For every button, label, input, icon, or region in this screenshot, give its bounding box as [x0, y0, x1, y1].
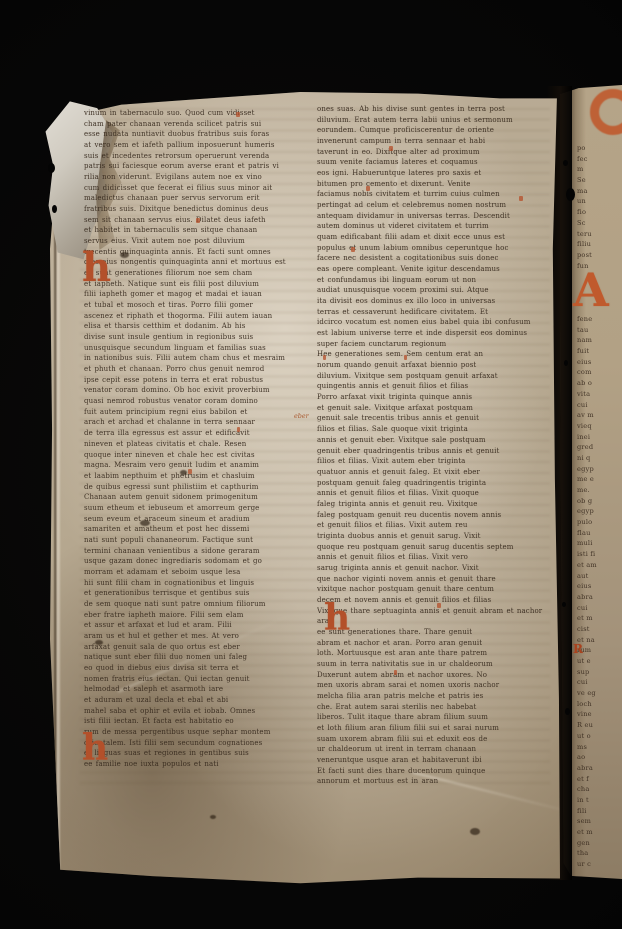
facing-folio-text-line: inei: [577, 432, 621, 443]
manuscript-text-line: eas opere compleant. Venite igitur desce…: [317, 264, 549, 275]
manuscript-text-line: super faciem cunctarum regionum: [317, 339, 549, 350]
facing-folio-text-line: cui: [577, 603, 621, 614]
manuscript-text-line: ur chaldeorum ut irent in terram chanaan: [317, 744, 549, 755]
facing-folio-text-line: ms: [577, 742, 621, 753]
manuscript-text-line: faleg postquam genuit reu ducentis novem…: [317, 510, 549, 521]
manuscript-text-line: antequam dividamur in universas terras. …: [317, 211, 549, 222]
facing-folio-text-line: ao: [577, 752, 621, 763]
facing-folio-text-line: et m: [577, 613, 621, 624]
facing-folio-text-line: m: [577, 164, 621, 175]
manuscript-text-line: diluvium. Vixitque sem postquam genuit a…: [317, 371, 549, 382]
worm-hole: [48, 163, 55, 173]
worm-hole: [564, 360, 568, 366]
facing-folio-text-line: vita: [577, 389, 621, 400]
manuscript-text-line: dies eius nongentis quinquaginta anni et…: [84, 257, 308, 268]
manuscript-text-line: quoque reu postquam genuit sarug ducenti…: [317, 542, 549, 553]
manuscript-text-line: suum in terra nativitatis sue in ur chal…: [317, 659, 549, 670]
manuscript-text-line: ee familie noe iuxta populos et nati: [84, 759, 308, 770]
manuscript-text-line: unusquisque secundum linguam et familias…: [84, 343, 308, 354]
manuscript-text-line: maledictus chanaan puer servus servorum …: [84, 193, 308, 204]
manuscript-text-line: divise sunt insule gentium in regionibus…: [84, 332, 308, 343]
manuscript-text-line: quoque inter nineven et chale hec est ci…: [84, 450, 308, 461]
manuscript-text-line: filios et filias. Vixit autem eber trigi…: [317, 456, 549, 467]
stain-fleck: [120, 252, 129, 258]
rubrication-mark: [389, 146, 393, 151]
manuscript-text-line: ones suas. Ab his divise sunt gentes in …: [317, 104, 549, 115]
manuscript-text-line: usque gazam donec ingrediaris sodomam et…: [84, 556, 308, 567]
facing-folio-text-line: eius: [577, 357, 621, 368]
manuscript-text-line: Duxerunt autem abram et nachor uxores. N…: [317, 670, 549, 681]
manuscript-text-line: et genuit filios et filias. Vixit autem …: [317, 520, 549, 531]
manuscript-text-line: de quibus egressi sunt philistiim et cap…: [84, 482, 308, 493]
manuscript-text-line: aram us et hul et gether et mes. At vero: [84, 631, 308, 642]
manuscript-text-line: veneruntque usque aran et habitaverunt i…: [317, 755, 549, 766]
facing-folio-text-line: fio: [577, 207, 621, 218]
rubricated-initial: A: [573, 272, 609, 309]
manuscript-text-line: arach et archad et chalanne in terra sen…: [84, 417, 308, 428]
facing-folio-text-line: tha: [577, 848, 621, 859]
facing-folio-text-line: ma: [577, 186, 621, 197]
manuscript-text-line: invenerunt campum in terra sennaar et ha…: [317, 136, 549, 147]
manuscript-text-line: quasi nemrod robustus venator coram domi…: [84, 396, 308, 407]
facing-folio-text-line: filiu: [577, 239, 621, 250]
manuscript-text-line: fratribus suis. Dixitque benedictus domi…: [84, 204, 308, 215]
facing-folio-text-line: cui: [577, 400, 621, 411]
manuscript-text-line: eo quod in diebus eius divisa sit terra …: [84, 663, 308, 674]
facing-folio-text-line: ve eg: [577, 688, 621, 699]
facing-folio-text-line: R eu: [577, 720, 621, 731]
manuscript-text-line: ipse cepit esse potens in terra et erat …: [84, 375, 308, 386]
rubrication-mark: [519, 196, 523, 201]
manuscript-text-line: et assur et arfaxat et lud et aram. Fili…: [84, 620, 308, 631]
manuscript-text-line: nati sunt populi chananeorum. Factique s…: [84, 535, 308, 546]
facing-folio-text-line: ut e: [577, 656, 621, 667]
manuscript-text-line: Et facti sunt dies thare ducentorum quin…: [317, 766, 549, 777]
facing-folio-text-line: vieq: [577, 421, 621, 432]
facing-folio-text-line: gred: [577, 442, 621, 453]
manuscript-text-line: faleg triginta annis et genuit reu. Vixi…: [317, 499, 549, 510]
manuscript-text-line: suis et incedentes retrorsum operuerunt …: [84, 151, 308, 162]
facing-folio-text-line: fuit: [577, 346, 621, 357]
manuscript-text-line: Chanaan autem genuit sidonem primogenitu…: [84, 492, 308, 503]
rubrication-mark: [394, 670, 397, 675]
manuscript-text-line: helmodad et saleph et asarmoth iare: [84, 684, 308, 695]
manuscript-text-line: et laabim nepthuim et phetrusim et chasl…: [84, 471, 308, 482]
manuscript-text-line: terras et cessaverunt hedificare civitat…: [317, 307, 549, 318]
facing-folio-text-line: ut o: [577, 731, 621, 742]
worm-hole: [566, 188, 575, 201]
facing-folio-text-line: egyp: [577, 464, 621, 475]
manuscript-text-line: vixitque nachor postquam genuit thare ce…: [317, 584, 549, 595]
facing-folio-text-line: vine: [577, 709, 621, 720]
manuscript-text-line: genuit eber quadringentis tribus annis e…: [317, 446, 549, 457]
manuscript-text-line: fuit autem principium regni eius babilon…: [84, 407, 308, 418]
facing-folio-text-line: me.: [577, 485, 621, 496]
manuscript-text-line: melcha filia aran patris melche et patri…: [317, 691, 549, 702]
rubricated-initial: h: [82, 252, 111, 284]
manuscript-text-line: liberos. Tulit itaque thare abram filium…: [317, 712, 549, 723]
facing-folio-text-line: pulo: [577, 517, 621, 528]
manuscript-text-line: eos igni. Habueruntque lateres pro saxis…: [317, 168, 549, 179]
manuscript-text-line: de terra illa egressus est assur et edif…: [84, 428, 308, 439]
manuscript-text-line: cum didicisset que fecerat ei filius suu…: [84, 183, 308, 194]
manuscript-text-line: vinum in tabernaculo suo. Quod cum vidis…: [84, 108, 308, 119]
manuscript-text-line: Porro arfaxat vixit triginta quinque ann…: [317, 392, 549, 403]
facing-folio-text-line: et am: [577, 560, 621, 571]
worm-hole: [52, 205, 57, 213]
facing-folio-text-line: aut: [577, 571, 621, 582]
facing-folio-text-line: cui: [577, 677, 621, 688]
facing-folio-text-line: flau: [577, 528, 621, 539]
manuscript-text-line: annis et genuit eber. Vixitque sale post…: [317, 435, 549, 446]
manuscript-text-line: quam edificabant filii adam et dixit ecc…: [317, 232, 549, 243]
rubrication-mark: [404, 355, 407, 360]
stain-fleck: [140, 520, 150, 526]
manuscript-text-line: facere nec desistent a cogitationibus su…: [317, 253, 549, 264]
facing-folio-text-line: sem: [577, 816, 621, 827]
manuscript-text-line: filii iapheth gomer et magog et madai et…: [84, 289, 308, 300]
manuscript-text-line: annis et genuit filios et filias. Vixit …: [317, 488, 549, 499]
manuscript-text-line: hii sunt filii cham in cognationibus et …: [84, 578, 308, 589]
manuscript-text-line: norum quando genuit arfaxat biennio post: [317, 360, 549, 371]
manuscript-text-line: seum eveum et araceum sineum et aradium: [84, 514, 308, 525]
manuscript-text-line: servus eius. Vixit autem noe post diluvi…: [84, 236, 308, 247]
worm-hole: [565, 708, 570, 715]
manuscript-text-line: cham pater chanaan verenda scilicet patr…: [84, 119, 308, 130]
manuscript-text-line: rum de messa pergentibus usque sephar mo…: [84, 727, 308, 738]
manuscript-text-line: ee sunt generationes filiorum noe sem ch…: [84, 268, 308, 279]
facing-folio-text-line: ur c: [577, 859, 621, 870]
manuscript-text-line: faciamus nobis civitatem et turrim cuius…: [317, 189, 549, 200]
rubrication-mark: [237, 427, 240, 432]
manuscript-text-line: decem et novem annis et genuit filios et…: [317, 595, 549, 606]
manuscript-text-line: orientalem. Isti filii sem secundum cogn…: [84, 738, 308, 749]
manuscript-text-line: rilia non viderunt. Evigilans autem noe …: [84, 172, 308, 183]
stain-fleck: [95, 640, 103, 645]
manuscript-text-line: loth. Mortuusque est aran ante thare pat…: [317, 648, 549, 659]
manuscript-text-line: che. Erat autem sarai sterilis nec habeb…: [317, 702, 549, 713]
facing-folio-text-line: sup: [577, 667, 621, 678]
facing-folio-text-line: et f: [577, 774, 621, 785]
manuscript-text-line: bitumen pro cemento et dixerunt. Venite: [317, 179, 549, 190]
manuscript-text-line: suum etheum et iebuseum et amorreum gerg…: [84, 503, 308, 514]
rubricated-initial: h: [324, 604, 350, 633]
facing-folio-text-line: ni q: [577, 453, 621, 464]
facing-folio-text-line: et na: [577, 635, 621, 646]
rubrication-mark: [366, 186, 370, 191]
facing-folio-text-line: nam: [577, 335, 621, 346]
manuscript-text-line: patris sui faciesque eorum averse erant …: [84, 161, 308, 172]
worm-hole: [563, 160, 568, 166]
manuscript-text-line: quatuor annis et genuit faleg. Et vixit …: [317, 467, 549, 478]
stain-fleck: [210, 815, 216, 819]
manuscript-text-line: Vixitque thare septuaginta annis et genu…: [317, 606, 549, 617]
manuscript-text-line: triginta duobus annis et genuit sarug. V…: [317, 531, 549, 542]
manuscript-text-line: Hee generationes sem. Sem centum erat an: [317, 349, 549, 360]
facing-folio-text-line: fili: [577, 806, 621, 817]
facing-folio-text: pofecmSemaunfioScterufiliupostfunfenetau…: [577, 143, 621, 870]
manuscript-text-line: annis et genuit filios et filias. Vixit …: [317, 552, 549, 563]
manuscript-text-line: isti filii iectan. Et facta est habitati…: [84, 716, 308, 727]
manuscript-text-line: at vero sem et iafeth pallium inposuerun…: [84, 140, 308, 151]
manuscript-text-line: samariten et amatheum et post hec dissem…: [84, 524, 308, 535]
manuscript-text-line: nomen fratris eius iectan. Qui iectan ge…: [84, 674, 308, 685]
manuscript-text-line: et tubal et mosoch et tiras. Porro filii…: [84, 300, 308, 311]
facing-folio-text-line: gen: [577, 838, 621, 849]
manuscript-text-line: filios et filias. Sale quoque vixit trig…: [317, 424, 549, 435]
manuscript-text-line: in nationibus suis. Filii autem cham chu…: [84, 353, 308, 364]
manuscript-text-line: natique sunt eber filii duo nomen uni fa…: [84, 652, 308, 663]
facing-folio-text-line: Se: [577, 175, 621, 186]
facing-folio-text-line: Sc: [577, 218, 621, 229]
manuscript-text-line: ascenez et riphath et thogorma. Filii au…: [84, 311, 308, 322]
manuscript-text-line: sarug triginta annis et genuit nachor. V…: [317, 563, 549, 574]
stain-fleck: [180, 470, 187, 475]
rubrication-mark: [188, 469, 192, 474]
manuscript-text-line: magna. Mesraim vero genuit ludim et anam…: [84, 460, 308, 471]
manuscript-photo: pofecmSemaunfioScterufiliupostfunfenetau…: [0, 0, 622, 929]
manuscript-text-line: abram et nachor et aran. Porro aran genu…: [317, 638, 549, 649]
rubricated-initial: h: [82, 734, 108, 763]
facing-folio-text-line: egyp: [577, 506, 621, 517]
facing-folio-text-line: tau: [577, 325, 621, 336]
manuscript-text-line: men uxoris abram sarai et nomen uxoris n…: [317, 680, 549, 691]
manuscript-text-line: trecentis quinquaginta annis. Et facti s…: [84, 247, 308, 258]
marginal-note: eber: [294, 412, 309, 420]
facing-folio-text-line: isti fi: [577, 549, 621, 560]
facing-folio-text-line: cist: [577, 624, 621, 635]
manuscript-text-line: et loth filium aran filium filii sui et …: [317, 723, 549, 734]
manuscript-text-line: pertingat ad celum et celebremus nomen n…: [317, 200, 549, 211]
rubrication-mark: [437, 603, 441, 608]
manuscript-text-line: idcirco vocatum est nomen eius babel qui…: [317, 317, 549, 328]
manuscript-text-line: nineven et plateas civitatis et chale. R…: [84, 439, 308, 450]
manuscript-text-line: et habitet in tabernaculis sem sitque ch…: [84, 225, 308, 236]
facing-folio-text-line: com: [577, 367, 621, 378]
manuscript-text-line: de sem quoque nati sunt patre omnium fil…: [84, 599, 308, 610]
facing-folio-text-line: rum: [577, 645, 621, 656]
partial-red-initial-icon: [590, 89, 622, 135]
facing-folio-text-line: abra: [577, 592, 621, 603]
manuscript-text-line: suam uxorem abram filii sui et eduxit eo…: [317, 734, 549, 745]
manuscript-text-line: est labium universe terre et inde disper…: [317, 328, 549, 339]
manuscript-text-line: et phuth et chanaan. Porro chus genuit n…: [84, 364, 308, 375]
manuscript-text-line: annorum et mortuus est in aran: [317, 776, 549, 787]
manuscript-text-line: autem dominus ut videret civitatem et tu…: [317, 221, 549, 232]
manuscript-text-line: aran: [317, 616, 549, 627]
facing-folio-text-line: eius: [577, 581, 621, 592]
manuscript-text-line: audiat unusquisque vocem proximi sui. At…: [317, 285, 549, 296]
facing-folio-text-line: ob g: [577, 496, 621, 507]
manuscript-text-line: venator coram domino. Ob hoc exivit prov…: [84, 385, 308, 396]
manuscript-text-line: morram et adamam et seboim usque lesa: [84, 567, 308, 578]
text-column-left: vinum in tabernaculo suo. Quod cum vidis…: [84, 108, 308, 770]
facing-folio-text-line: me e: [577, 474, 621, 485]
manuscript-text-line: arfaxat genuit sala de quo ortus est ebe…: [84, 642, 308, 653]
manuscript-text-line: esse nudata nuntiavit duobus fratribus s…: [84, 129, 308, 140]
stain-fleck: [470, 828, 480, 835]
manuscript-text-line: et genuit sale. Vixitque arfaxat postqua…: [317, 403, 549, 414]
manuscript-text-line: et confundamus ibi linguam eorum ut non: [317, 275, 549, 286]
text-column-right: ones suas. Ab his divise sunt gentes in …: [317, 104, 549, 787]
rubrication-mark: [323, 355, 326, 360]
manuscript-text-line: et aduram et uzal decla et ebal et abi: [84, 695, 308, 706]
manuscript-text-line: ita divisit eos dominus ex illo loco in …: [317, 296, 549, 307]
manuscript-text-line: et linguas suas et regiones in gentibus …: [84, 748, 308, 759]
manuscript-text-line: postquam genuit faleg quadringentis trig…: [317, 478, 549, 489]
manuscript-text-line: suum venite faciamus lateres et coquamus: [317, 157, 549, 168]
facing-folio-text-line: abra: [577, 763, 621, 774]
facing-folio-text-line: fec: [577, 154, 621, 165]
manuscript-text-line: taverunt in eo. Dixitque alter ad proxim…: [317, 147, 549, 158]
facing-folio-text-line: teru: [577, 229, 621, 240]
manuscript-text-line: diluvium. Erat autem terra labii unius e…: [317, 115, 549, 126]
manuscript-text-line: que nachor viginti novem annis et genuit…: [317, 574, 549, 585]
manuscript-text-line: ee sunt generationes thare. Thare genuit: [317, 627, 549, 638]
manuscript-text-line: elisa et tharsis cetthim et dodanim. Ab …: [84, 321, 308, 332]
manuscript-text-line: termini chanaan venientibus a sidone ger…: [84, 546, 308, 557]
rubrication-mark: [196, 218, 200, 223]
facing-folio-text-line: post: [577, 250, 621, 261]
facing-folio-text-line: po: [577, 143, 621, 154]
rubrication-mark: [236, 112, 240, 117]
manuscript-text-line: eber fratre iapheth maiore. Filii sem el…: [84, 610, 308, 621]
manuscript-text-line: mahel saba et ophir et evila et iobab. O…: [84, 706, 308, 717]
facing-folio-text-line: ab o: [577, 378, 621, 389]
manuscript-text-line: quingentis annis et genuit filios et fil…: [317, 381, 549, 392]
manuscript-text-line: et generationibus terrisque et gentibus …: [84, 588, 308, 599]
facing-folio-text-line: et m: [577, 827, 621, 838]
rubrication-mark: [351, 247, 355, 252]
facing-folio-text-line: av m: [577, 410, 621, 421]
manuscript-text-line: genuit sale trecentis tribus annis et ge…: [317, 413, 549, 424]
facing-folio-text-line: loch: [577, 699, 621, 710]
manuscript-text-line: eorundem. Cumque proficiscerentur de ori…: [317, 125, 549, 136]
facing-folio-text-line: muli: [577, 538, 621, 549]
facing-folio-text-line: cha: [577, 784, 621, 795]
facing-folio-text-line: un: [577, 196, 621, 207]
facing-folio-text-line: in t: [577, 795, 621, 806]
worm-hole: [562, 602, 566, 607]
manuscript-text-line: et iapheth. Natique sunt eis filii post …: [84, 279, 308, 290]
rubricated-initial: R: [573, 645, 583, 655]
